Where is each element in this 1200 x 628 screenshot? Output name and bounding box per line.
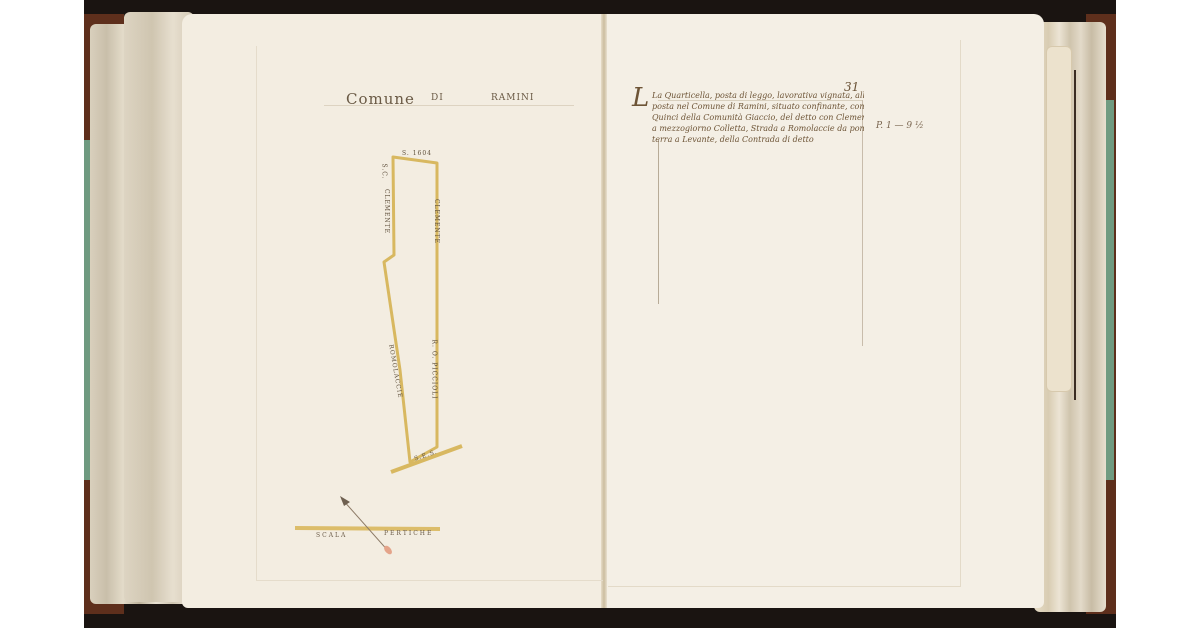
ledger-entry-line: posta nel Comune di Ramini, situato conf… bbox=[638, 101, 864, 112]
parcel-label-right-upper: CLEMENTE bbox=[433, 199, 440, 244]
ledger-entry-line: Quinci della Comunità Giaccio, del detto… bbox=[638, 112, 864, 123]
ledger-entry: L La Quarticella, posta di leggo, lavora… bbox=[638, 90, 864, 145]
parcel-label-top-left: S.C. bbox=[381, 163, 388, 179]
parcel-map-drawing bbox=[84, 0, 1116, 628]
compass-arrow-shaft bbox=[342, 499, 390, 553]
parcel-label-top: S. 1604 bbox=[402, 150, 432, 157]
compass-arrow-head bbox=[340, 496, 350, 506]
parcel-label-right-lower: R. O. PICCIOLI bbox=[430, 340, 437, 400]
parcel-label-left-upper: CLEMENTE bbox=[383, 189, 390, 234]
parcel-outline bbox=[384, 157, 437, 462]
ledger-entry-line: La Quarticella, posta di leggo, lavorati… bbox=[638, 90, 864, 101]
ledger-entry-drop-cap: L bbox=[632, 85, 649, 111]
ledger-entry-line: terra a Levante, della Contrada di detto bbox=[638, 134, 864, 145]
ledger-rule-left bbox=[658, 140, 659, 304]
ledger-amount: P. 1 — 9 ½ bbox=[876, 121, 924, 131]
scale-label-left: SCALA bbox=[316, 532, 347, 539]
scale-label-right: PERTICHE bbox=[384, 530, 433, 537]
ledger-entry-line: a mezzogiorno Colletta, Strada a Romolac… bbox=[638, 123, 864, 134]
book-photo: Comune DI RAMINI S. 1604 S.C. CLEMENTE C… bbox=[84, 0, 1116, 628]
